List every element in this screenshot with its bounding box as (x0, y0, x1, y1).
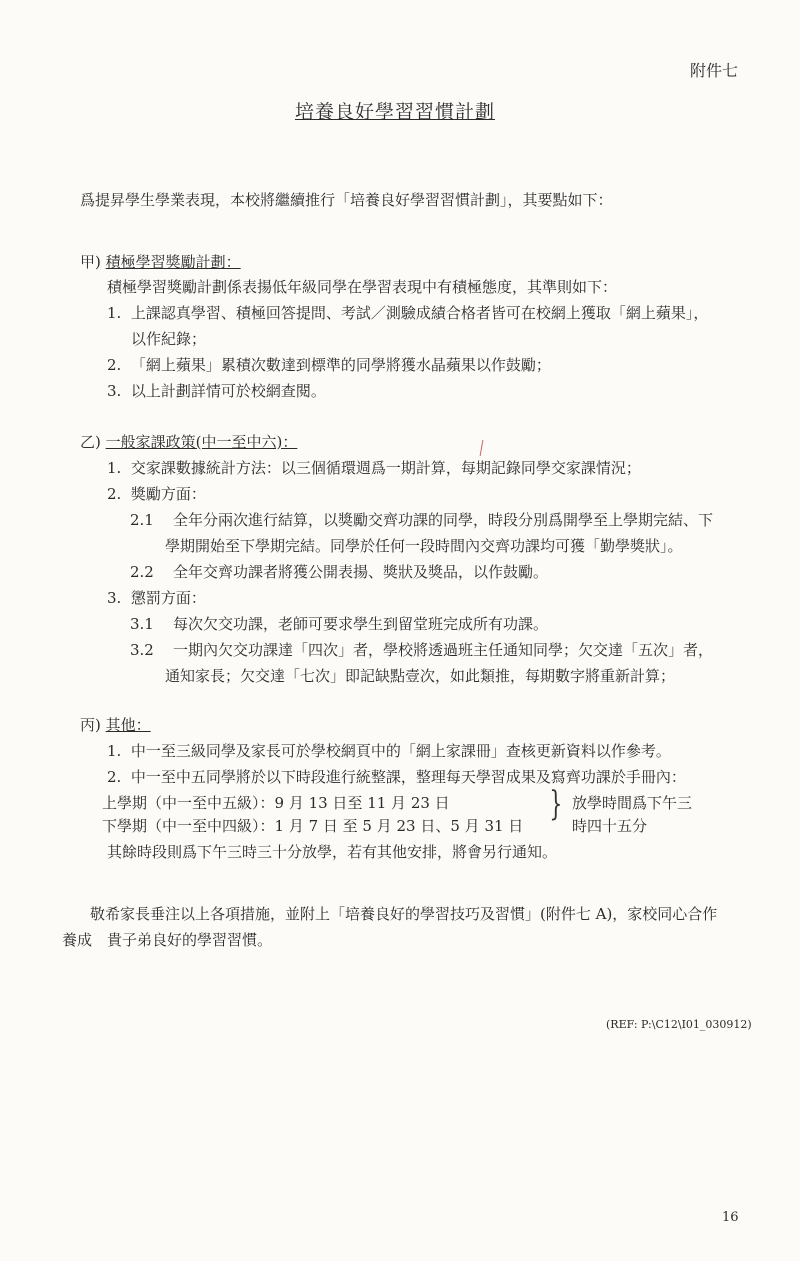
section-c-heading: 丙) 其他： (80, 715, 151, 735)
closing-line-1: 敬希家長垂注以上各項措施，並附上「培養良好的學習技巧及習慣」(附件七 A)，家校… (90, 904, 717, 924)
section-b-item-2-2: 2.2 全年交齊功課者將獲公開表揚、獎狀及獎品，以作鼓勵。 (130, 562, 548, 582)
page-title: 培養良好學習習慣計劃 (0, 97, 790, 124)
other-dismissal-note: 其餘時段則爲下午三時三十分放學，若有其他安排，將會另行通知。 (107, 842, 557, 862)
section-b-item-2-1-cont: 學期開始至下學期完結。同學於任何一段時間內交齊功課均可獲「勤學獎狀」。 (165, 536, 683, 556)
section-a-description: 積極學習獎勵計劃係表揚低年級同學在學習表現中有積極態度，其準則如下： (107, 277, 617, 297)
section-b-item-2-1: 2.1 全年分兩次進行結算，以獎勵交齊功課的同學，時段分別爲開學至上學期完結、下 (130, 510, 713, 530)
brace-icon: } (549, 787, 562, 821)
section-c-item-1: 1. 中一至三級同學及家長可於學校網頁中的「網上家課冊」查核更新資料以作參考。 (107, 741, 671, 761)
pen-mark (480, 440, 484, 456)
section-a-item-1: 1. 上課認真學習、積極回答提問、考試／測驗成績合格者皆可在校網上獲取「網上蘋果… (107, 303, 708, 323)
section-b-item-3-2-cont: 通知家長；欠交達「七次」即記缺點壹次，如此類推，每期數字將重新計算； (165, 666, 675, 686)
dismissal-note-line2: 時四十五分 (572, 816, 647, 836)
section-a-heading: 甲) 積極學習獎勵計劃： (80, 252, 241, 272)
attachment-label: 附件七 (690, 58, 738, 81)
dismissal-note-line1: 放學時間爲下午三 (572, 793, 692, 813)
section-c-marker: 丙) (80, 716, 101, 734)
section-a-item-2: 2. 「網上蘋果」累積次數達到標準的同學將獲水晶蘋果以作鼓勵； (107, 355, 551, 375)
section-a-title: 積極學習獎勵計劃： (106, 253, 241, 271)
intro-text: 爲提昇學生學業表現，本校將繼續推行「培養良好學習習慣計劃」，其要點如下： (80, 190, 613, 210)
section-c-title: 其他： (106, 716, 151, 734)
section-b-item-3-2: 3.2 一期內欠交功課達「四次」者，學校將透過班主任通知同學；欠交達「五次」者， (130, 640, 713, 660)
section-b-item-3-1: 3.1 每次欠交功課，老師可要求學生到留堂班完成所有功課。 (130, 614, 548, 634)
reference-code: (REF: P:\C12\I01_030912) (606, 1018, 752, 1031)
section-a-marker: 甲) (80, 253, 101, 271)
closing-line-2: 養成 貴子弟良好的學習習慣。 (62, 930, 272, 950)
page-number: 16 (722, 1210, 739, 1225)
section-c-item-2: 2. 中一至中五同學將於以下時段進行統整課，整理每天學習成果及寫齊功課於手冊內： (107, 767, 686, 787)
section-b-heading: 乙) 一般家課政策(中一至中六)： (80, 432, 297, 452)
section-a-item-3: 3. 以上計劃詳情可於校網查閱。 (107, 381, 326, 401)
schedule-second-term: 下學期（中一至中四級）：1 月 7 日 至 5 月 23 日、5 月 31 日 (102, 816, 523, 836)
schedule-first-term: 上學期（中一至中五級）：9 月 13 日至 11 月 23 日 (102, 793, 450, 813)
section-b-title: 一般家課政策(中一至中六)： (106, 433, 298, 451)
section-b-marker: 乙) (80, 433, 101, 451)
section-b-item-2: 2. 獎勵方面： (107, 484, 206, 504)
section-b-item-1: 1. 交家課數據統計方法：以三個循環週爲一期計算，每期記錄同學交家課情況； (107, 458, 641, 478)
section-a-item-1-cont: 以作紀錄； (131, 329, 206, 349)
section-b-item-3: 3. 懲罰方面： (107, 588, 206, 608)
